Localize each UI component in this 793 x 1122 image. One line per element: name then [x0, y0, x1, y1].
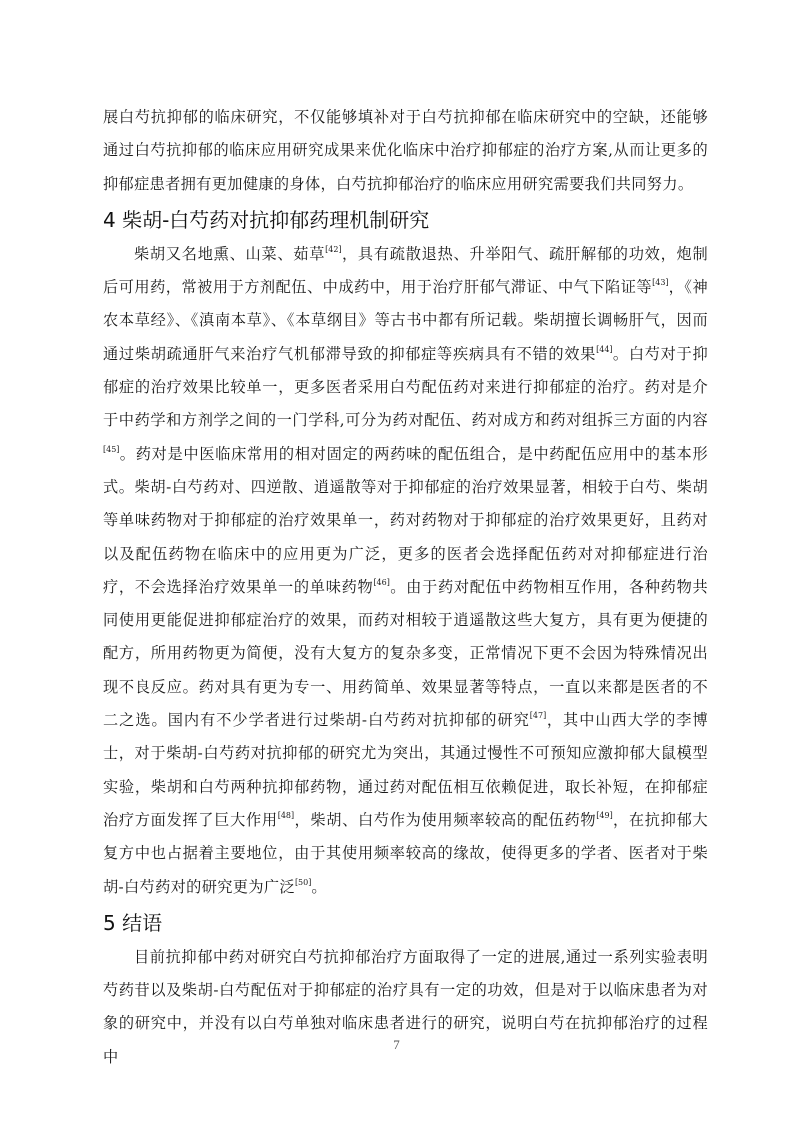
- citation-46: [46]: [373, 578, 389, 587]
- section-5-heading: 5 结语: [103, 908, 708, 938]
- text-segment: 柴胡又名地熏、山菜、茹草: [134, 245, 325, 263]
- section-5-paragraph: 目前抗抑郁中药对研究白芍抗抑郁治疗方面取得了一定的进展,通过一系列实验表明芍药苷…: [103, 941, 708, 1074]
- section-4-paragraph: 柴胡又名地熏、山菜、茹草[42]，具有疏散退热、升举阳气、疏肝解郁的功效，炮制后…: [103, 238, 708, 904]
- citation-50: [50]: [295, 878, 311, 887]
- page-number: 7: [0, 1037, 793, 1053]
- text-segment: 。: [311, 878, 327, 896]
- text-segment: ，柴胡、白芍作为使用频率较高的配伍药物: [294, 811, 596, 829]
- citation-42: [42]: [325, 245, 341, 254]
- citation-47: [47]: [530, 711, 546, 720]
- document-page: 展白芍抗抑郁的临床研究，不仅能够填补对于白芍抗抑郁在临床研究中的空缺，还能够通过…: [0, 0, 793, 1122]
- citation-45: [45]: [103, 445, 119, 454]
- section-4-heading: 4 柴胡-白芍药对抗抑郁药理机制研究: [103, 205, 708, 235]
- citation-49: [49]: [596, 811, 612, 820]
- page-content: 展白芍抗抑郁的临床研究，不仅能够填补对于白芍抗抑郁在临床研究中的空缺，还能够通过…: [103, 101, 708, 1074]
- citation-44: [44]: [596, 345, 612, 354]
- text-segment: 。药对是中医临床常用的相对固定的两药味的配伍组合，是中药配伍应用中的基本形式。柴…: [103, 445, 708, 596]
- citation-43: [43]: [652, 278, 668, 287]
- text-segment: 。由于药对配伍中药物相互作用，各种药物共同使用更能促进抑郁症治疗的效果，而药对相…: [103, 578, 708, 729]
- citation-48: [48]: [278, 811, 294, 820]
- intro-paragraph: 展白芍抗抑郁的临床研究，不仅能够填补对于白芍抗抑郁在临床研究中的空缺，还能够通过…: [103, 101, 708, 201]
